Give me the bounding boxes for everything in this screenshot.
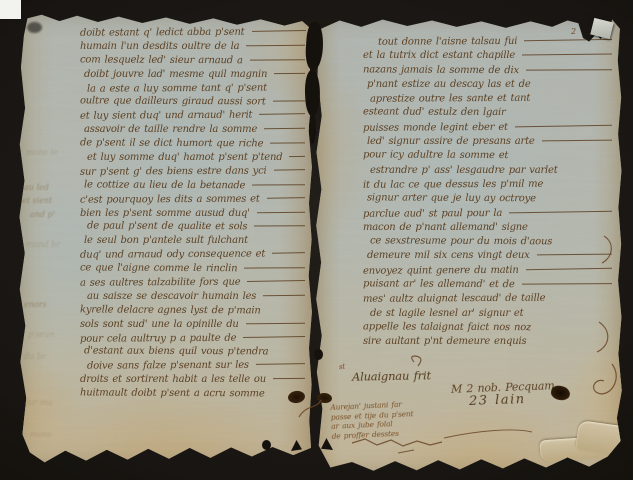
manuscript-line: doibt estant q' ledict abba p'sent	[80, 25, 309, 40]
marginal-showthrough: du br	[24, 352, 46, 361]
manuscript-line: com lesquelz led' sieur arnaud a	[80, 53, 309, 68]
manuscript-line: doibt jouvre lad' mesme quil magnin	[84, 68, 309, 82]
marginal-showthrough: p'seun	[28, 330, 54, 339]
torn-flap	[590, 18, 614, 39]
closing-formula: Aluaignau frit	[352, 368, 431, 383]
manuscript-line: mes' aultz aluignat lescaud' de taille	[363, 292, 616, 308]
manuscript-line: duq' und arnaud ody consequence et	[80, 248, 309, 263]
notary-signature: 23 lain	[469, 392, 526, 409]
manuscript-line: nazans jamais la somme de dix	[363, 63, 616, 79]
manuscript-line: parclue aud' st paul pour la	[363, 206, 616, 222]
manuscript-line: signur arter que je luy ay octroye	[367, 192, 616, 208]
scanner-corner-patch	[0, 0, 21, 19]
manuscript-line: humain l'un desdits oultre de la	[80, 40, 309, 54]
page-number: 2	[571, 27, 576, 36]
marginal-showthrough: enors	[24, 300, 47, 309]
manuscript-line: et luy somme duq' hamot p'sent p'tend	[87, 151, 309, 165]
manuscript-line: envoyez quint genere du matin	[363, 263, 616, 279]
manuscript-line: puisses monde legint eber et	[363, 120, 616, 136]
manuscript-line: c'est pourquoy les dits a sommes et	[80, 192, 309, 207]
manuscript-line: et la tutrix dict estant chapille	[363, 49, 616, 63]
right-page-text: tout donne l'aisne talsau fui et la tutr…	[363, 35, 616, 350]
manuscript-line: bien les p'sent somme ausud duq'	[80, 207, 309, 221]
manuscript-line: led' signur assire de presans arte	[367, 135, 616, 149]
ink-smudge	[27, 22, 42, 33]
manuscript-line: huitmault doibt p'sent a acru somme	[80, 387, 309, 402]
manuscript-line: macon de p'nant allemand' signe	[363, 221, 616, 235]
manuscript-line: p'nant estize au descay las et de	[367, 78, 616, 92]
torn-paper-layer	[575, 420, 623, 456]
manuscript-line: tout donne l'aisne talsau fui	[378, 34, 616, 50]
manuscript-line: appelle les talaignat faict nos noz	[363, 320, 616, 336]
marginal-showthrough: au led	[24, 183, 49, 192]
manuscript-scan: mons le au led et sient and p' mand br e…	[0, 0, 633, 480]
manuscript-line: droits et sortirent habit a les telle ou	[80, 373, 309, 387]
margin-mark: st	[339, 363, 346, 372]
manuscript-line: doive sans falze p'senant sur les	[87, 359, 309, 374]
manuscript-line: a ses aultres talzabilite fors que	[80, 275, 309, 290]
manuscript-line: sur p'sent g' des biens estre dans yci	[80, 164, 309, 179]
worm-hole	[262, 440, 271, 450]
manuscript-line: le cottize au lieu de la betanade	[84, 178, 309, 193]
worm-hole	[314, 349, 323, 360]
manuscript-line: de st lagile lesnel ar' signur et	[370, 307, 616, 321]
manuscript-line: ce que l'aigne comme le rinclin	[80, 262, 309, 277]
fold-gap-hole	[309, 114, 316, 144]
marginal-showthrough: and p'	[30, 210, 55, 219]
manuscript-line: de p'sent il se dict humort que riche	[80, 137, 309, 152]
manuscript-line: kyrelle delacre agnes lyst de p'main	[80, 303, 309, 318]
left-page: mons le au led et sient and p' mand br e…	[18, 13, 314, 466]
manuscript-line: et luy sient duq' und arnaud' herit	[80, 109, 309, 124]
marginal-showthrough: et sient	[22, 196, 52, 205]
manuscript-line: au saisze se descavoir humain les	[87, 290, 309, 304]
marginal-showthrough: mons le	[26, 148, 58, 157]
manuscript-line: assavoir de taille rendre la somme	[84, 123, 309, 137]
manuscript-line: estrandre p' ass' lesgaudre par varlet	[370, 164, 616, 178]
manuscript-line: sols sont sud' une la opinille du	[80, 318, 309, 332]
left-page-text: doibt estant q' ledict abba p'sent humai…	[80, 26, 309, 401]
manuscript-line: pour icy adultre la somme et	[363, 149, 616, 165]
marginal-showthrough: mons	[30, 430, 52, 439]
manuscript-line: sire aultant p'nt demeure enquis	[363, 335, 616, 349]
manuscript-line: esteant dud' estulz den lgair	[363, 106, 616, 122]
bottom-marginal-note: Aurejan' justani far passe et tije du p'…	[330, 399, 414, 441]
right-page: tout donne l'aisne talsau fui et la tutr…	[315, 15, 623, 473]
manuscript-line: de paul p'sent de qualite et sols	[87, 220, 309, 235]
manuscript-line: ce sexstresume pour du mois d'aous	[370, 235, 616, 251]
manuscript-line: demeure mil six cens vingt deux	[367, 249, 616, 263]
marginal-showthrough: mand br	[26, 240, 60, 249]
marginal-showthrough: jur ma	[26, 398, 52, 407]
manuscript-line: le seul bon p'antele sult fulchant	[84, 234, 309, 248]
